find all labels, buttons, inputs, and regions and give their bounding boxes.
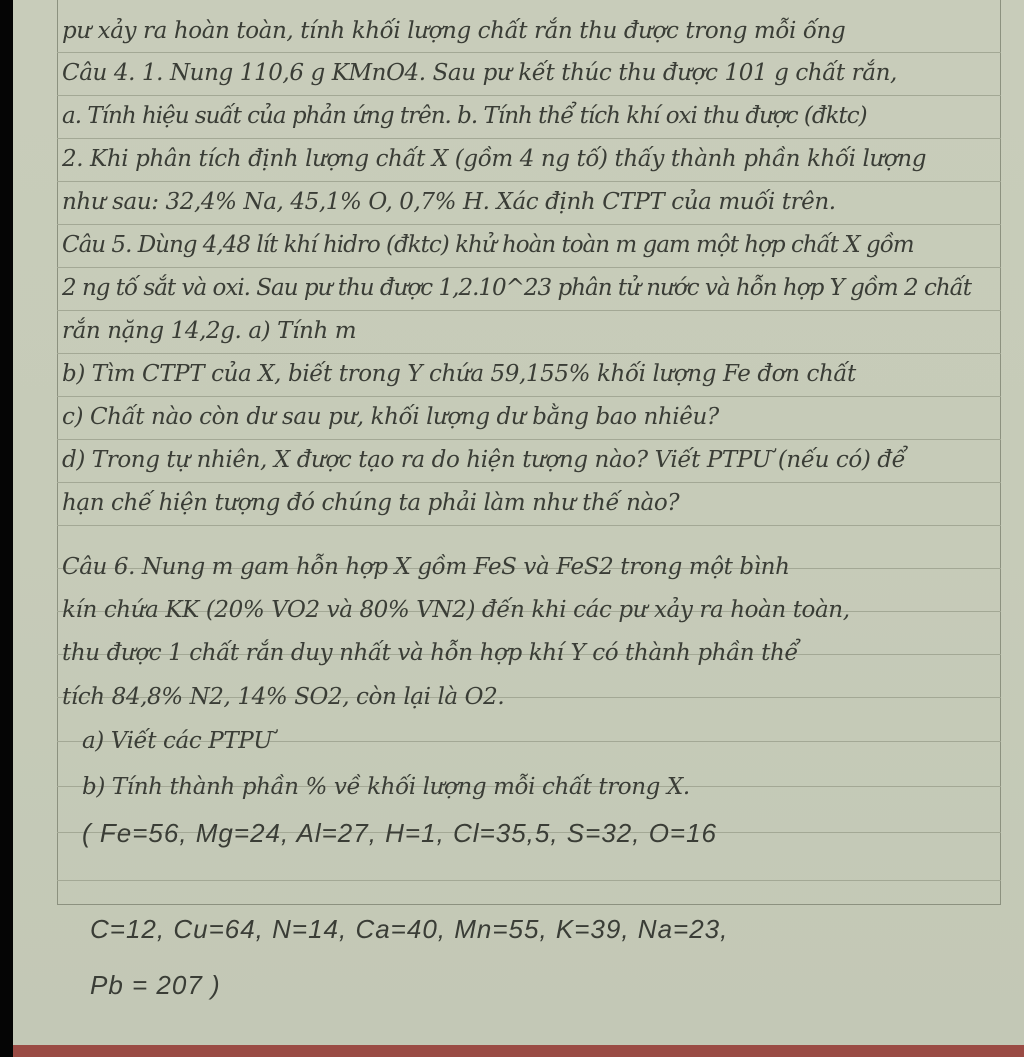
table-surface-band: [13, 1045, 1024, 1057]
handwritten-line: d) Trong tự nhiên, X được tạo ra do hiện…: [62, 447, 905, 473]
atomic-masses-line-3: Pb = 207 ): [90, 970, 221, 1001]
handwritten-line: rắn nặng 14,2g. a) Tính m: [62, 318, 356, 344]
handwritten-line: b) Tìm CTPT của X, biết trong Y chứa 59,…: [62, 361, 856, 387]
handwritten-line: hạn chế hiện tượng đó chúng ta phải làm …: [62, 490, 679, 516]
ruled-line: [57, 138, 1001, 139]
atomic-masses-line-2: C=12, Cu=64, N=14, Ca=40, Mn=55, K=39, N…: [90, 914, 728, 945]
ruled-line: [57, 525, 1001, 526]
ruled-line: [57, 267, 1001, 268]
handwritten-line-cau4: Câu 4. 1. Nung 110,6 g KMnO4. Sau pư kết…: [62, 60, 897, 86]
handwritten-line: 2 ng tố sắt và oxi. Sau pư thu được 1,2.…: [62, 275, 971, 301]
ruled-line: [57, 181, 1001, 182]
ruled-line: [57, 95, 1001, 96]
left-black-edge: [0, 0, 13, 1057]
handwritten-line: thu được 1 chất rắn duy nhất và hỗn hợp …: [62, 640, 798, 666]
handwritten-line: kín chứa KK (20% VO2 và 80% VN2) đến khi…: [62, 597, 850, 623]
ruled-line: [57, 880, 1001, 881]
ruled-line: [57, 52, 1001, 53]
handwritten-line: pư xảy ra hoàn toàn, tính khối lượng chấ…: [62, 18, 845, 44]
handwritten-line: a. Tính hiệu suất của phản ứng trên. b. …: [62, 103, 867, 129]
ruled-line: [57, 482, 1001, 483]
handwritten-line: c) Chất nào còn dư sau pư, khối lượng dư…: [62, 404, 719, 430]
handwritten-line: như sau: 32,4% Na, 45,1% O, 0,7% H. Xác …: [62, 189, 836, 215]
handwritten-line: tích 84,8% N2, 14% SO2, còn lại là O2.: [62, 684, 504, 710]
atomic-masses-line-1: ( Fe=56, Mg=24, Al=27, H=1, Cl=35,5, S=3…: [82, 818, 717, 849]
ruled-line: [57, 396, 1001, 397]
handwritten-line-cau6: Câu 6. Nung m gam hỗn hợp X gồm FeS và F…: [62, 554, 790, 580]
handwritten-line-cau5: Câu 5. Dùng 4,48 lít khí hidro (đktc) kh…: [62, 232, 914, 258]
handwritten-line: 2. Khi phân tích định lượng chất X (gồm …: [62, 146, 926, 172]
handwritten-line: b) Tính thành phần % về khối lượng mỗi c…: [82, 774, 690, 800]
ruled-line: [57, 310, 1001, 311]
handwritten-line: a) Viết các PTPƯ: [82, 728, 272, 754]
ruled-line: [57, 353, 1001, 354]
ruled-line: [57, 224, 1001, 225]
ruled-line: [57, 439, 1001, 440]
